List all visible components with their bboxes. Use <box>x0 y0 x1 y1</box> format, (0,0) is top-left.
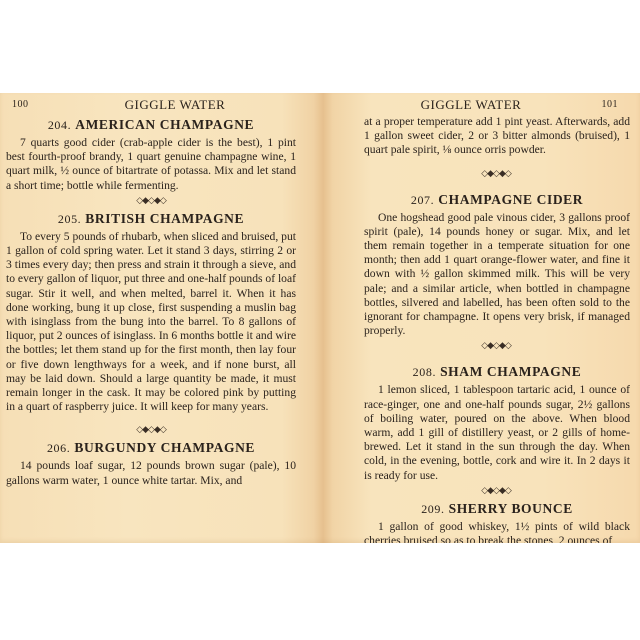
recipe-continuation: at a proper temperature add 1 pint yeast… <box>364 115 630 158</box>
recipe-heading-209: 209.SHERRY BOUNCE <box>364 501 630 517</box>
recipe-heading-206: 206.BURGUNDY CHAMPAGNE <box>6 440 296 456</box>
recipe-number: 207. <box>411 193 434 207</box>
recipe-body-207: One hogshead good pale vinous cider, 3 g… <box>364 211 630 339</box>
ornament-divider-icon: ◇◆◇◆◇ <box>322 483 640 499</box>
ornament-divider-icon: ◇◆◇◆◇ <box>322 338 640 354</box>
recipe-body-206: 14 pounds loaf sugar, 12 pounds brown su… <box>6 459 296 487</box>
recipe-text: To every 5 pounds of rhubarb, when slice… <box>6 230 296 415</box>
left-page: 100 GIGGLE WATER 204.AMERICAN CHAMPAGNE … <box>0 93 320 543</box>
recipe-number: 205. <box>58 212 81 226</box>
recipe-number: 204. <box>48 118 71 132</box>
ornament-divider-icon: ◇◆◇◆◇ <box>0 422 320 438</box>
open-book: 100 GIGGLE WATER 204.AMERICAN CHAMPAGNE … <box>0 93 640 543</box>
right-page: GIGGLE WATER 101 at a proper temperature… <box>322 93 640 543</box>
running-head-right: GIGGLE WATER 101 <box>322 93 640 115</box>
recipe-title: SHAM CHAMPAGNE <box>440 364 581 379</box>
recipe-title: CHAMPAGNE CIDER <box>438 192 583 207</box>
continuation-text: at a proper temperature add 1 pint yeast… <box>364 115 630 158</box>
page-number-right: 101 <box>602 99 619 110</box>
recipe-title: AMERICAN CHAMPAGNE <box>75 117 254 132</box>
recipe-body-209: 1 gallon of good whiskey, 1½ pints of wi… <box>364 520 630 543</box>
recipe-body-204: 7 quarts good cider (crab-apple cider is… <box>6 136 296 193</box>
recipe-number: 206. <box>47 441 70 455</box>
recipe-heading-204: 204.AMERICAN CHAMPAGNE <box>6 117 296 133</box>
recipe-heading-208: 208.SHAM CHAMPAGNE <box>364 364 630 380</box>
recipe-body-205: To every 5 pounds of rhubarb, when slice… <box>6 230 296 415</box>
recipe-heading-205: 205.BRITISH CHAMPAGNE <box>6 211 296 227</box>
recipe-number: 208. <box>413 365 436 379</box>
recipe-text: 1 gallon of good whiskey, 1½ pints of wi… <box>364 520 630 543</box>
running-head-left: 100 GIGGLE WATER <box>0 93 320 115</box>
running-head-title-right: GIGGLE WATER <box>322 97 640 113</box>
recipe-number: 209. <box>421 502 444 516</box>
ornament-divider-icon: ◇◆◇◆◇ <box>322 166 640 182</box>
recipe-heading-207: 207.CHAMPAGNE CIDER <box>364 192 630 208</box>
recipe-title: SHERRY BOUNCE <box>449 501 573 516</box>
running-head-title-left: GIGGLE WATER <box>0 97 320 113</box>
recipe-text: 7 quarts good cider (crab-apple cider is… <box>6 136 296 193</box>
recipe-title: BURGUNDY CHAMPAGNE <box>74 440 255 455</box>
recipe-text: One hogshead good pale vinous cider, 3 g… <box>364 211 630 339</box>
recipe-title: BRITISH CHAMPAGNE <box>85 211 244 226</box>
recipe-text: 14 pounds loaf sugar, 12 pounds brown su… <box>6 459 296 487</box>
recipe-body-208: 1 lemon sliced, 1 tablespoon tartaric ac… <box>364 383 630 482</box>
ornament-divider-icon: ◇◆◇◆◇ <box>0 193 320 209</box>
recipe-text: 1 lemon sliced, 1 tablespoon tartaric ac… <box>364 383 630 482</box>
